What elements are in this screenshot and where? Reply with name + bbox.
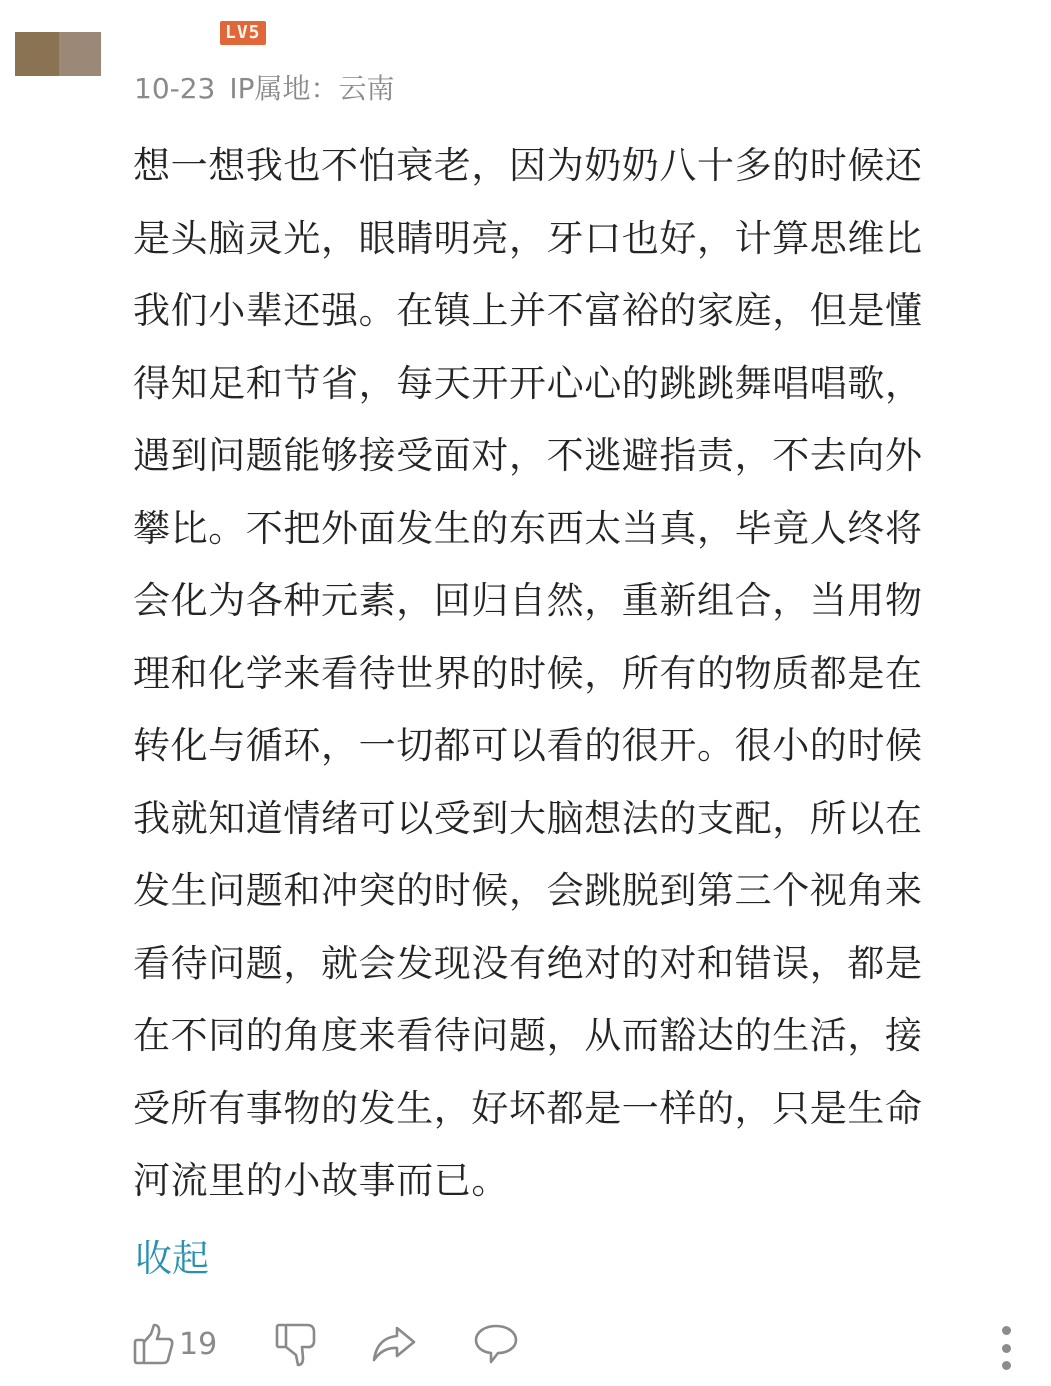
comment-line: 河流里的小故事而已。 <box>133 1145 1013 1218</box>
ip-location: IP属地：云南 <box>229 72 394 105</box>
more-vertical-icon <box>1002 1326 1011 1335</box>
comment-line: 遇到问题能够接受面对，不逃避指责，不去向外 <box>133 420 1013 493</box>
comment-line: 转化与循环，一切都可以看的很开。很小的时候 <box>133 710 1013 783</box>
comment-date: 10-23 <box>134 72 215 105</box>
comment-line: 会化为各种元素，回归自然，重新组合，当用物 <box>133 565 1013 638</box>
more-options-button[interactable] <box>999 1326 1013 1370</box>
comment-line: 我就知道情绪可以受到大脑想法的支配，所以在 <box>133 783 1013 856</box>
avatar-block <box>15 32 59 76</box>
avatar-block <box>59 32 101 76</box>
comment-line: 攀比。不把外面发生的东西太当真，毕竟人终将 <box>133 493 1013 566</box>
action-bar: 19 <box>133 1322 1013 1372</box>
collapse-link[interactable]: 收起 <box>135 1234 209 1284</box>
comment-line: 理和化学来看待世界的时候，所有的物质都是在 <box>133 638 1013 711</box>
like-button[interactable]: 19 <box>133 1322 217 1366</box>
comment-line: 得知足和节省，每天开开心心的跳跳舞唱唱歌， <box>133 348 1013 421</box>
more-vertical-icon <box>1002 1344 1011 1353</box>
avatar[interactable] <box>15 32 101 76</box>
comment-line: 受所有事物的发生，好坏都是一样的，只是生命 <box>133 1073 1013 1146</box>
comment-line: 发生问题和冲突的时候，会跳脱到第三个视角来 <box>133 855 1013 928</box>
thumbs-down-icon <box>275 1322 317 1368</box>
speech-bubble-icon <box>473 1322 519 1366</box>
comment-line: 我们小辈还强。在镇上并不富裕的家庭，但是懂 <box>133 275 1013 348</box>
share-arrow-icon <box>371 1322 417 1366</box>
comment-line: 在不同的角度来看待问题，从而豁达的生活，接 <box>133 1000 1013 1073</box>
dislike-button[interactable] <box>275 1322 317 1368</box>
more-vertical-icon <box>1002 1361 1011 1370</box>
thumbs-up-icon <box>133 1322 175 1366</box>
level-badge: LV5 <box>220 21 266 45</box>
comment-line: 看待问题，就会发现没有绝对的对和错误，都是 <box>133 928 1013 1001</box>
comment-body: 想一想我也不怕衰老，因为奶奶八十多的时候还 是头脑灵光，眼睛明亮，牙口也好，计算… <box>133 130 1013 1218</box>
reply-button[interactable] <box>473 1322 519 1366</box>
like-count: 19 <box>179 1327 217 1362</box>
comment-meta: 10-23IP属地：云南 <box>134 70 409 108</box>
comment-line: 想一想我也不怕衰老，因为奶奶八十多的时候还 <box>133 130 1013 203</box>
share-button[interactable] <box>371 1322 417 1366</box>
comment-line: 是头脑灵光，眼睛明亮，牙口也好，计算思维比 <box>133 203 1013 276</box>
